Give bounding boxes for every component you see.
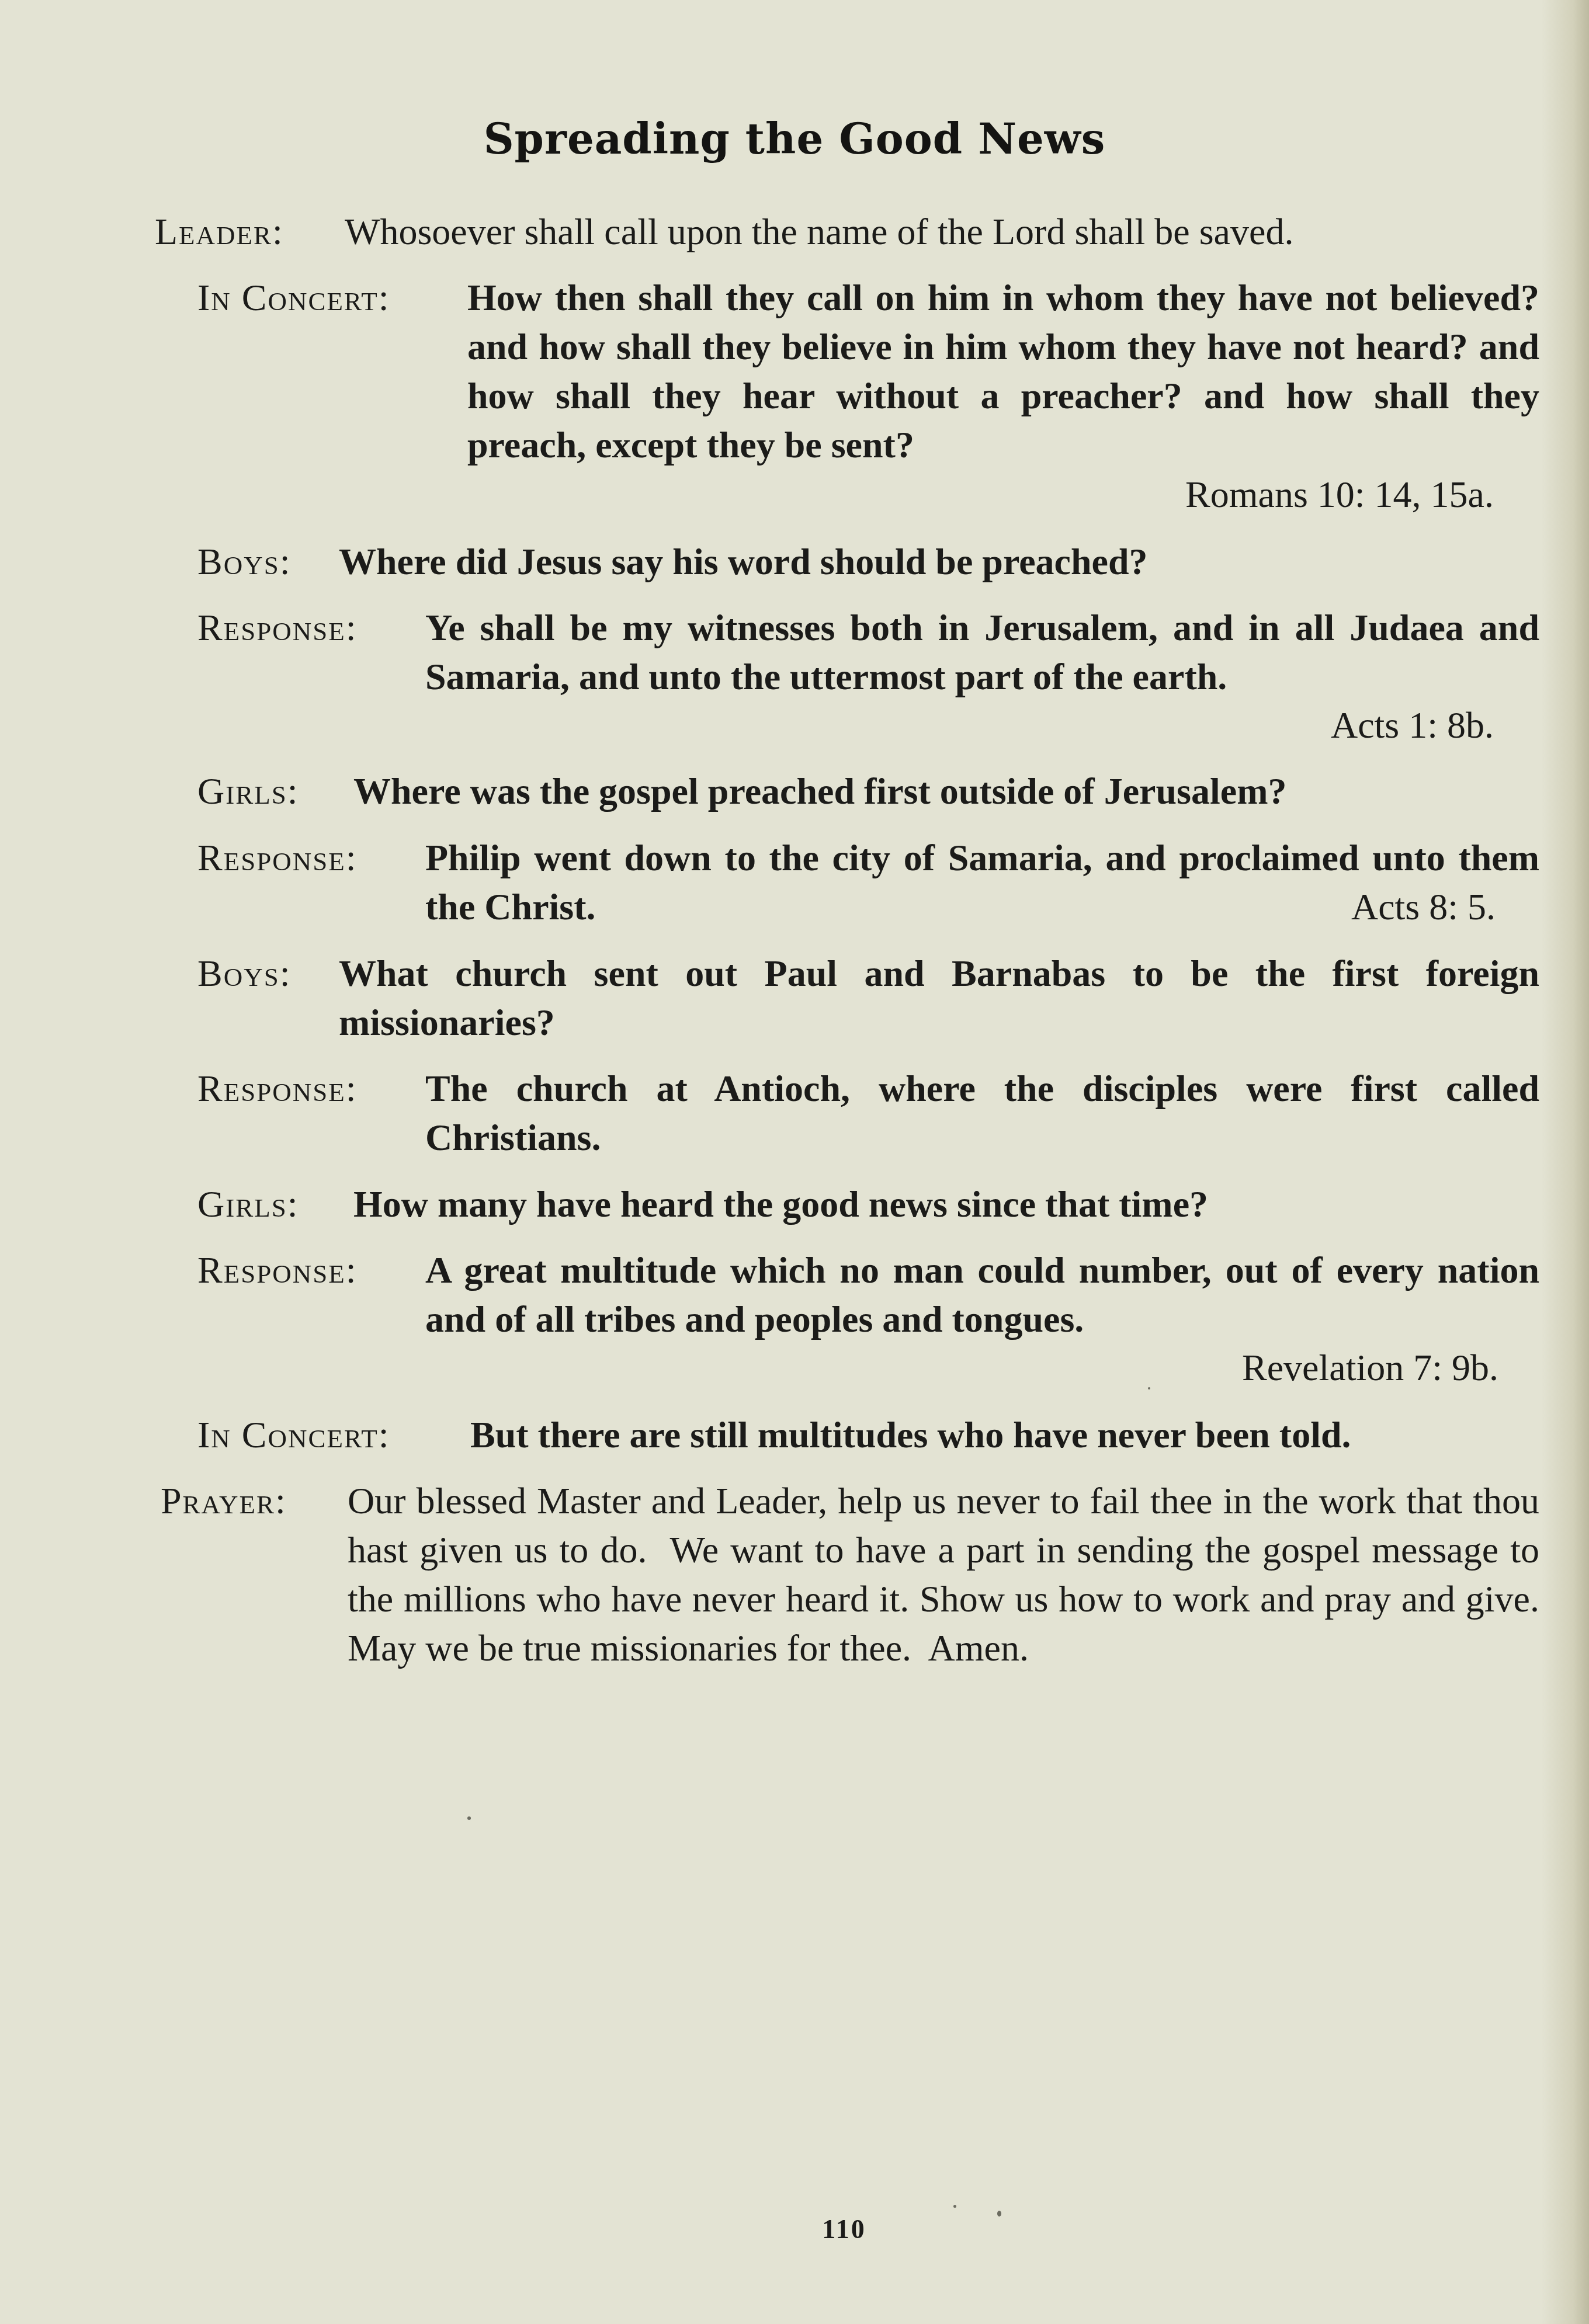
entry-text: But there are still multitudes who have … [470, 1411, 1351, 1460]
entry-prayer: Prayer: Our blessed Master and Leader, h… [0, 1477, 1589, 1728]
entry-text: Whosoever shall call upon the name of th… [345, 207, 1542, 256]
entry-in-concert: In Concert: But there are still multitud… [0, 1411, 1589, 1463]
entry-text: Ye shall be my witnesses both in Jerusal… [425, 603, 1539, 701]
speaker-label: Boys: [197, 537, 292, 586]
entry-girls: Girls: How many have heard the good news… [0, 1180, 1589, 1232]
entry-response: Response: A great multitude which no man… [0, 1246, 1589, 1351]
speaker-label: Response: [197, 603, 358, 652]
entry-text: What church sent out Paul and Barnabas t… [339, 949, 1539, 1047]
entry-boys: Boys: Where did Jesus say his word shoul… [0, 537, 1589, 590]
speaker-label: In Concert: [197, 273, 390, 322]
scripture-citation: Romans 10: 14, 15a. [1185, 470, 1494, 519]
speaker-label: Girls: [197, 1180, 299, 1229]
paper-speck [467, 1816, 471, 1820]
speaker-label: Boys: [197, 949, 292, 998]
scripture-citation: Acts 1: 8b. [1331, 701, 1494, 750]
paper-speck [1148, 1387, 1150, 1389]
entry-in-concert: In Concert: How then shall they call on … [0, 273, 1589, 495]
scripture-citation: Revelation 7: 9b. [1242, 1343, 1498, 1392]
entry-response: Response: The church at Antioch, where t… [0, 1064, 1589, 1169]
entry-leader: Leader: Whosoever shall call upon the na… [0, 207, 1589, 260]
entry-text: Where did Jesus say his word should be p… [339, 537, 1148, 586]
speaker-label: Girls: [197, 767, 299, 816]
speaker-label: In Concert: [197, 1411, 390, 1460]
entry-text: The church at Antioch, where the discipl… [425, 1064, 1539, 1162]
entry-girls: Girls: Where was the gospel preached fir… [0, 767, 1589, 819]
entry-text: Where was the gospel preached first outs… [353, 767, 1286, 816]
paper-speck [953, 2205, 956, 2208]
page-number: 110 [0, 2214, 1589, 2245]
scripture-citation: Acts 8: 5. [1351, 883, 1496, 932]
speaker-label: Prayer: [161, 1477, 287, 1526]
speaker-label: Response: [197, 1064, 358, 1113]
speaker-label: Response: [197, 833, 358, 883]
entry-text: Our blessed Master and Leader, help us n… [348, 1477, 1539, 1673]
page-title: Spreading the Good News [0, 114, 1589, 164]
entry-response: Response: Ye shall be my witnesses both … [0, 603, 1589, 708]
entry-boys: Boys: What church sent out Paul and Barn… [0, 949, 1589, 1054]
entry-text: How then shall they call on him in whom … [467, 273, 1539, 470]
speaker-label: Response: [197, 1246, 358, 1295]
entry-text: How many have heard the good news since … [353, 1180, 1208, 1229]
paper-speck [997, 2211, 1001, 2217]
speaker-label: Leader: [155, 207, 284, 256]
entry-text: A great multitude which no man could num… [425, 1246, 1539, 1344]
